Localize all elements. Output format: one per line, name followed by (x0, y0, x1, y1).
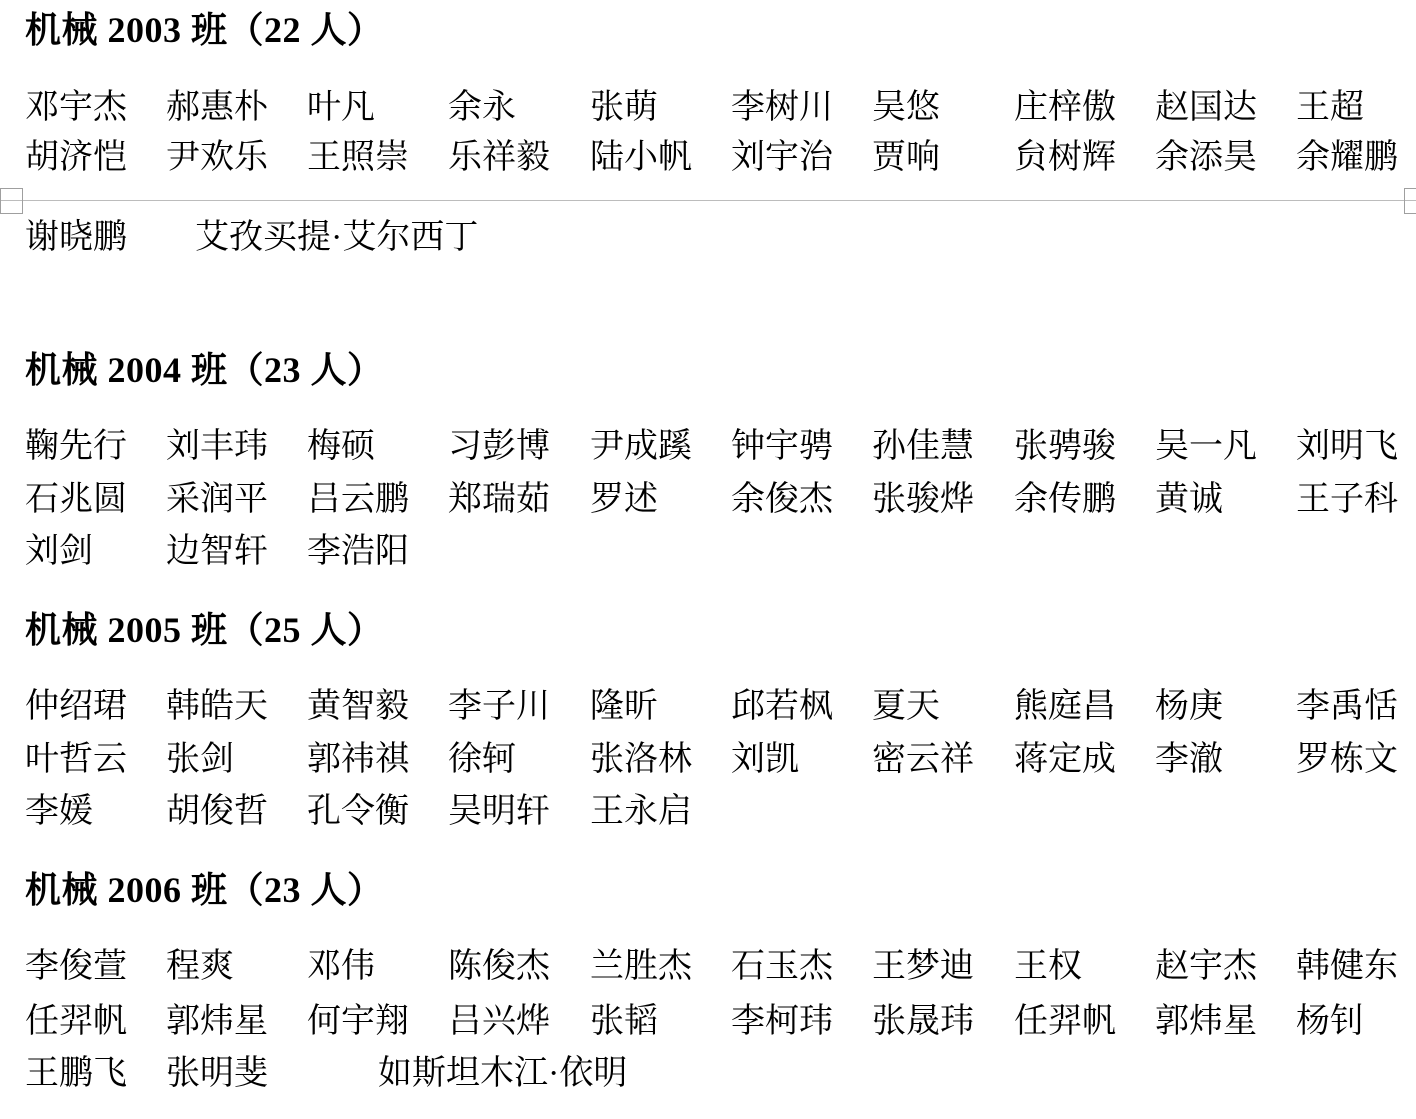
student-name: 李树川 (731, 88, 833, 128)
student-name: 吴一凡 (1155, 427, 1257, 467)
student-name: 刘宇治 (731, 138, 833, 178)
student-name: 余添昊 (1155, 138, 1257, 178)
student-name: 张骏烨 (872, 480, 974, 520)
student-name: 李禹恬 (1296, 687, 1398, 727)
student-name: 赵宇杰 (1155, 947, 1257, 987)
student-name: 邓伟 (307, 947, 375, 987)
student-name: 石兆圆 (25, 480, 127, 520)
student-name: 李媛 (25, 792, 93, 832)
student-name: 张萌 (590, 88, 658, 128)
student-name: 韩皓天 (166, 687, 268, 727)
student-name: 贾响 (872, 138, 940, 178)
student-name: 尹成蹊 (590, 427, 692, 467)
student-name: 乐祥毅 (448, 138, 550, 178)
student-name: 庄梓傲 (1014, 88, 1116, 128)
student-name: 余永 (448, 88, 516, 128)
student-name: 余俊杰 (731, 480, 833, 520)
student-name: 黄智毅 (307, 687, 409, 727)
student-name: 任羿帆 (1014, 1002, 1116, 1042)
student-name: 仲绍珺 (25, 687, 127, 727)
student-name: 韩健东 (1296, 947, 1398, 987)
student-name: 吕兴烨 (448, 1002, 550, 1042)
student-name: 杨钊 (1296, 1002, 1364, 1042)
student-name: 刘凯 (731, 740, 799, 780)
student-name: 兰胜杰 (590, 947, 692, 987)
document-page: 机械 2003 班（22 人）邓宇杰郝惠朴叶凡余永张萌李树川吴悠庄梓傲赵国达王超… (0, 0, 1416, 1119)
student-name: 余耀鹏 (1296, 138, 1398, 178)
section-title: 机械 2004 班（23 人） (25, 348, 384, 392)
student-name: 程爽 (166, 947, 234, 987)
student-name: 郭炜星 (1155, 1002, 1257, 1042)
student-name: 叶凡 (307, 88, 375, 128)
student-name: 刘剑 (25, 532, 93, 572)
student-name: 石玉杰 (731, 947, 833, 987)
student-name: 蒋定成 (1014, 740, 1116, 780)
student-name: 王梦迪 (872, 947, 974, 987)
student-name: 邓宇杰 (25, 88, 127, 128)
student-name: 贠树辉 (1014, 138, 1116, 178)
student-name: 刘丰玮 (166, 427, 268, 467)
student-name: 鞠先行 (25, 427, 127, 467)
student-name: 张洛林 (590, 740, 692, 780)
student-name: 王照崇 (307, 138, 409, 178)
student-name: 叶哲云 (25, 740, 127, 780)
student-name: 郭炜星 (166, 1002, 268, 1042)
section-title: 机械 2006 班（23 人） (25, 868, 384, 912)
student-name: 郑瑞茹 (448, 480, 550, 520)
student-name: 陈俊杰 (448, 947, 550, 987)
student-name: 采润平 (166, 480, 268, 520)
student-name: 赵国达 (1155, 88, 1257, 128)
student-name: 徐轲 (448, 740, 516, 780)
student-name: 王权 (1014, 947, 1082, 987)
student-name: 黄诚 (1155, 480, 1223, 520)
student-name: 李浩阳 (307, 532, 409, 572)
student-name: 钟宇骋 (731, 427, 833, 467)
student-name: 罗栋文 (1296, 740, 1398, 780)
student-name: 郝惠朴 (166, 88, 268, 128)
student-name: 郭祎祺 (307, 740, 409, 780)
student-name: 吴明轩 (448, 792, 550, 832)
student-name: 尹欢乐 (166, 138, 268, 178)
student-name: 吴悠 (872, 88, 940, 128)
student-name: 张韬 (590, 1002, 658, 1042)
student-name: 胡济恺 (25, 138, 127, 178)
student-name: 孙佳慧 (872, 427, 974, 467)
student-name: 邱若枫 (731, 687, 833, 727)
section-title: 机械 2003 班（22 人） (25, 8, 384, 52)
student-name: 张明斐 (166, 1054, 268, 1094)
student-name: 王超 (1296, 88, 1364, 128)
student-name: 谢晓鹏 (25, 218, 127, 258)
student-name: 刘明飞 (1296, 427, 1398, 467)
student-name: 梅硕 (307, 427, 375, 467)
student-name: 李柯玮 (731, 1002, 833, 1042)
student-name: 任羿帆 (25, 1002, 127, 1042)
student-name: 张剑 (166, 740, 234, 780)
student-name: 杨庚 (1155, 687, 1223, 727)
student-name: 王鹏飞 (25, 1054, 127, 1094)
student-name: 罗述 (590, 480, 658, 520)
section-title: 机械 2005 班（25 人） (25, 608, 384, 652)
student-name: 夏天 (872, 687, 940, 727)
student-name: 李子川 (448, 687, 550, 727)
student-name: 隆昕 (590, 687, 658, 727)
student-name: 王子科 (1296, 480, 1398, 520)
student-name: 李俊萱 (25, 947, 127, 987)
student-name: 习彭博 (448, 427, 550, 467)
student-name: 孔令衡 (307, 792, 409, 832)
student-name: 王永启 (590, 792, 692, 832)
student-name: 余传鹏 (1014, 480, 1116, 520)
page-break-marker-right (1404, 188, 1416, 214)
student-name: 李澈 (1155, 740, 1223, 780)
student-name: 胡俊哲 (166, 792, 268, 832)
student-name: 陆小帆 (590, 138, 692, 178)
student-name: 如斯坦木江·依明 (378, 1054, 627, 1094)
student-name: 吕云鹏 (307, 480, 409, 520)
student-name: 何宇翔 (307, 1002, 409, 1042)
student-name: 张晟玮 (872, 1002, 974, 1042)
page-break-marker-left (0, 188, 23, 214)
student-name: 艾孜买提·艾尔西丁 (195, 218, 478, 258)
student-name: 边智轩 (166, 532, 268, 572)
student-name: 密云祥 (872, 740, 974, 780)
student-name: 熊庭昌 (1014, 687, 1116, 727)
page-break-line (0, 200, 1416, 201)
student-name: 张骋骏 (1014, 427, 1116, 467)
